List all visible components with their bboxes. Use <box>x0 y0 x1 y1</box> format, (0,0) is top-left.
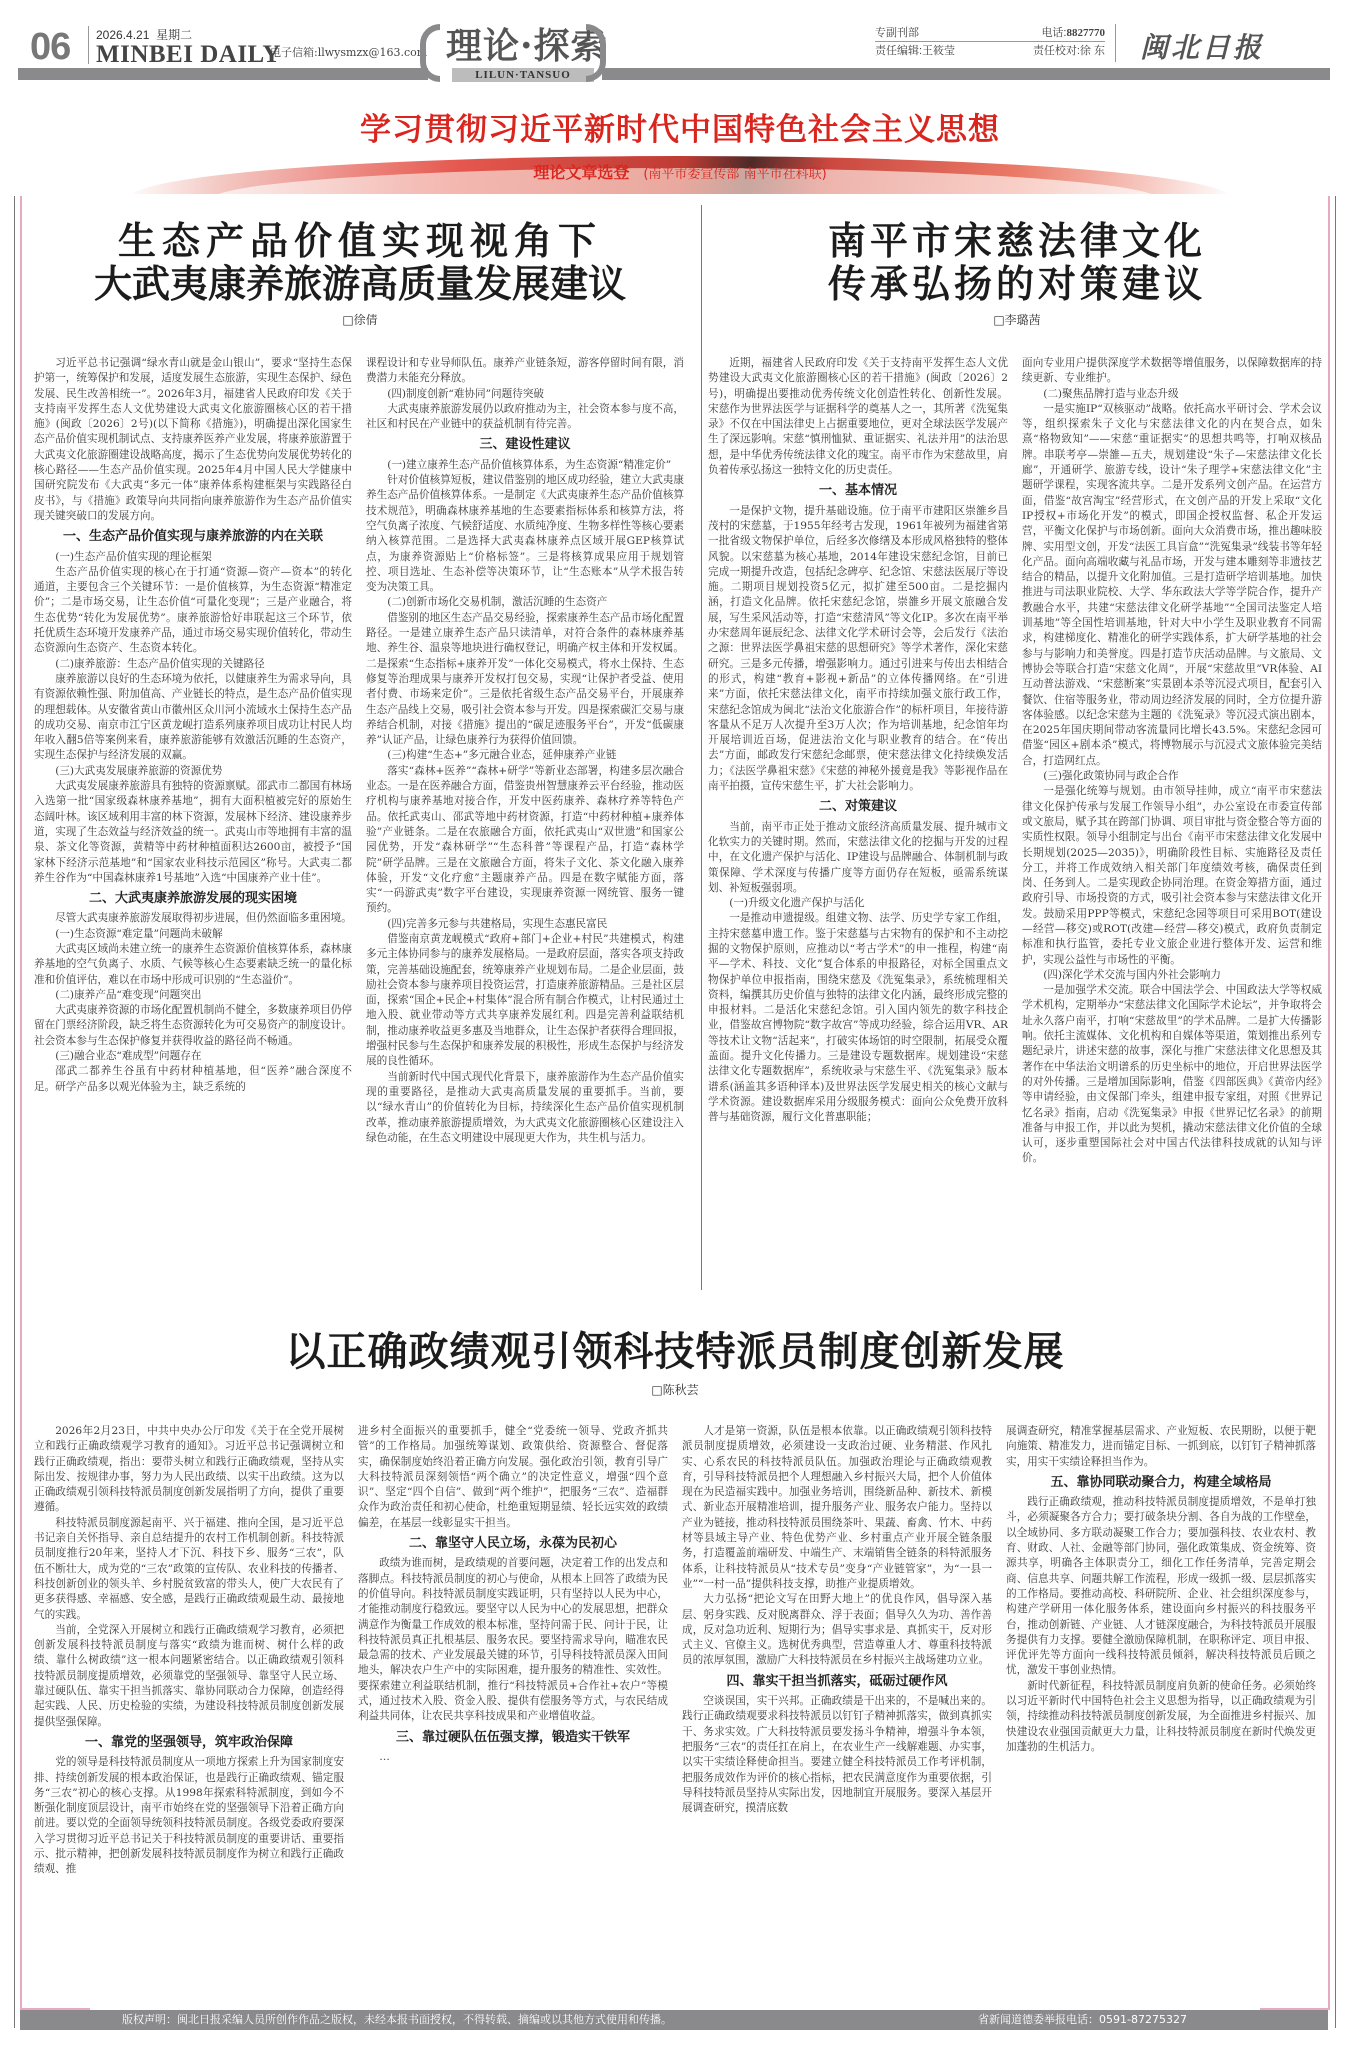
article-column: 展调查研究，精准掌握基层需求、产业短板、农民期盼，以便于靶向施策、精准发力，进而… <box>1006 1424 1316 2004</box>
section-heading: 一、基本情况 <box>708 483 1008 498</box>
article-column: 2026年2月23日，中共中央办公厅印发《关于在全党开展树立和践行正确政绩观学习… <box>34 1424 344 2004</box>
subsection-heading: (四)深化学术交流与国内外社会影响力 <box>1022 968 1322 983</box>
article-songci-law-body: 近期，福建省人民政府印发《关于支持南平发挥生态人文优势建设大武夷文化旅游圈核心区… <box>708 356 1322 1286</box>
article-title: 生态产品价值实现视角下 大武夷康养旅游高质量发展建议 <box>30 220 690 305</box>
section-heading: 三、建设性建议 <box>366 437 684 452</box>
footer-bar: 版权声明：闽北日报采编人员所创作作品之版权，未经本报书面授权，不得转载、摘编或以… <box>20 2010 1328 2030</box>
subsection-heading: (一)建立康养生态产品价值核算体系，为生态资源“精准定价” <box>366 458 684 473</box>
masthead-divider-2 <box>1115 24 1116 62</box>
paragraph: … <box>358 1750 668 1765</box>
paper-name-en: MINBEI DAILY <box>96 41 281 69</box>
weekday: 星期二 <box>156 28 192 42</box>
paragraph: 党的领导是科技特派员制度从一项地方探索上升为国家制度安排、持续创新发展的根本政治… <box>34 1755 344 1877</box>
article-column: 习近平总书记强调“绿水青山就是金山银山”，要求“坚持生态保护第一，统筹保护和发展… <box>34 356 352 1286</box>
paragraph: 践行正确政绩观，推动科技特派员制度提质增效，不是单打独斗，必须凝聚各方合力；要打… <box>1006 1495 1316 1679</box>
article-title: 以正确政绩观引领科技特派员制度创新发展 <box>30 1330 1320 1375</box>
masthead-bar-right <box>602 68 1330 80</box>
subsection-heading: (四)制度创新“难协同”问题待突破 <box>366 387 684 402</box>
subsection-heading: (四)完善多元参与共建格局，实现生态惠民富民 <box>366 917 684 932</box>
section-heading: 一、生态产品价值实现与康养旅游的内在关联 <box>34 529 352 544</box>
article-sci-tech-commissioner-body: 2026年2月23日，中共中央办公厅印发《关于在全党开展树立和践行正确政绩观学习… <box>34 1424 1318 2004</box>
paragraph: 习近平总书记强调“绿水青山就是金山银山”，要求“坚持生态保护第一，统筹保护和发展… <box>34 356 352 524</box>
banner-title: 学习贯彻习近平新时代中国特色社会主义思想 <box>130 104 1230 149</box>
section-heading: 二、靠坚守人民立场，永葆为民初心 <box>358 1536 668 1551</box>
article-sci-tech-commissioner: 以正确政绩观引领科技特派员制度创新发展 □陈秋芸 <box>30 1330 1320 1398</box>
page-number: 06 <box>30 26 70 69</box>
paragraph: 面向专业用户提供深度学术数据等增值服务，以保障数据库的持续更新、专业维护。 <box>1022 356 1322 387</box>
paragraph: 当前，南平市正处于推动文旅经济高质量发展、提升城市文化软实力的关键时期。然而，宋… <box>708 820 1008 896</box>
article-column: 人才是第一资源，队伍是根本依靠。以正确政绩观引领科技特派员制度提质增效，必须建设… <box>682 1424 992 2004</box>
paragraph: 大力弘扬“把论文写在田野大地上”的优良作风，倡导深入基层、躬身实践、反对脱离群众… <box>682 1592 992 1668</box>
article-byline: □李璐茜 <box>712 311 1322 328</box>
banner-subtitle-main: 理论文章选登 <box>533 163 629 182</box>
paragraph: 一是强化统筹与规划。由市领导挂帅，成立“南平市宋慈法律文化保护传承与发展工作领导… <box>1022 784 1322 968</box>
paragraph: 康养旅游以良好的生态环境为依托，以健康养生为需求导向，具有资源依赖性强、附加值高… <box>34 672 352 764</box>
paragraph: 借鉴南京黄龙岘模式“政府+部门+企业+村民”共建模式，构建多元主体协同参与的康养… <box>366 932 684 1070</box>
copyright-notice: 版权声明：闽北日报采编人员所创作作品之版权，未经本报书面授权，不得转载、摘编或以… <box>122 2010 672 2030</box>
editorial-info: 专副刊部 电话:8827770 责任编辑:王筱莹 责任校对:徐 东 <box>875 24 1105 60</box>
subsection-heading: (三)构建“生态+”多元融合业态，延伸康养产业链 <box>366 748 684 763</box>
paragraph: 大武夷康养资源的市场化配置机制尚不健全，多数康养项目仍停留在门票经济阶段，缺乏将… <box>34 1003 352 1049</box>
paragraph: 新时代新征程，科技特派员制度肩负新的使命任务。必须始终以习近平新时代中国特色社会… <box>1006 1679 1316 1755</box>
paragraph: 大武夷发展康养旅游具有独特的资源禀赋。邵武市二都国有林场入选第一批“国家级森林康… <box>34 779 352 886</box>
article-songci-law: 南平市宋慈法律文化 传承弘扬的对策建议 □李璐茜 <box>712 220 1322 328</box>
section-heading: 四、靠实干担当抓落实，砥砺过硬作风 <box>682 1674 992 1689</box>
paragraph: 一是实施IP“双核驱动”战略。依托高水平研讨会、学术会议等，组织探索朱子文化与宋… <box>1022 402 1322 769</box>
masthead: 06 2026.4.21 星期二 MINBEI DAILY 电子信箱:llwys… <box>0 0 1349 80</box>
section-heading: 三、靠过硬队伍伍强支撑，锻造实干铁军 <box>358 1730 668 1745</box>
subsection-heading: (三)大武夷发展康养旅游的资源优势 <box>34 764 352 779</box>
article-byline: □陈秋芸 <box>30 1381 1320 1398</box>
article-column: 课程设计和专业导师队伍。康养产业链条短，游客停留时间有限，消费潜力未能充分释放。… <box>366 356 684 1286</box>
article-divider <box>701 205 702 1290</box>
section-heading: 五、靠协同联动聚合力，构建全域格局 <box>1006 1475 1316 1490</box>
paragraph: 当前新时代中国式现代化背景下，康养旅游作为生态产品价值实现的重要路径，是推动大武… <box>366 1070 684 1146</box>
article-title: 南平市宋慈法律文化 传承弘扬的对策建议 <box>712 220 1322 305</box>
subsection-heading: (三)强化政策协同与政企合作 <box>1022 769 1322 784</box>
article-column: 进乡村全面振兴的重要抓手，健全“党委统一领导、党政齐抓共管”的工作格局。加强统筹… <box>358 1424 668 2004</box>
banner-subtitle-source: (南平市委宣传部 南平市社科联) <box>643 167 826 182</box>
article-eco-tourism: 生态产品价值实现视角下 大武夷康养旅游高质量发展建议 □徐倩 <box>30 220 690 328</box>
article-eco-tourism-body: 习近平总书记强调“绿水青山就是金山银山”，要求“坚持生态保护第一，统筹保护和发展… <box>34 356 684 1286</box>
paragraph: 针对价值核算短板，建议借鉴别的地区成功经验，建立大武夷康养生态产品价值核算体系。… <box>366 473 684 595</box>
subsection-heading: (二)康养产品“难变现”问题突出 <box>34 988 352 1003</box>
ethics-hotline: 省新闻道德委举报电话：0591-87275327 <box>978 2010 1187 2030</box>
section-heading: 一、靠党的坚强领导，筑牢政治保障 <box>34 1735 344 1750</box>
paragraph: 课程设计和专业导师队伍。康养产业链条短，游客停留时间有限，消费潜力未能充分释放。 <box>366 356 684 387</box>
date: 2026.4.21 <box>96 28 149 42</box>
section-heading: 二、大武夷康养旅游发展的现实困境 <box>34 891 352 906</box>
paragraph: 尽管大武夷康养旅游发展取得初步进展，但仍然面临多重困境。 <box>34 911 352 926</box>
contact-email: 电子信箱:llwysmzx@163.com <box>270 44 427 60</box>
paragraph: 一是保护文物，提升基础设施。位于南平市建阳区崇雒乡昌茂村的宋慈墓，于1955年经… <box>708 504 1008 795</box>
article-byline: □徐倩 <box>30 311 690 328</box>
article-column: 近期，福建省人民政府印发《关于支持南平发挥生态人文优势建设大武夷文化旅游圈核心区… <box>708 356 1008 1286</box>
paragraph: 一是加强学术交流。联合中国法学会、中国政法大学等权威学术机构，定期举办“宋慈法律… <box>1022 983 1322 1167</box>
pink-border-right <box>1328 196 1330 2010</box>
subsection-heading: (二)聚焦品牌打造与业态升级 <box>1022 387 1322 402</box>
subsection-heading: (三)融合业态“难成型”问题存在 <box>34 1049 352 1064</box>
paragraph: 人才是第一资源，队伍是根本依靠。以正确政绩观引领科技特派员制度提质增效，必须建设… <box>682 1424 992 1592</box>
bracket-left-icon <box>420 24 440 82</box>
paragraph: 大武夷康养旅游发展仍以政府推动为主，社会资本参与度不高，社区和村民在产业链中的获… <box>366 402 684 433</box>
paragraph: 展调查研究，精准掌握基层需求、产业短板、农民期盼，以便于靶向施策、精准发力，进而… <box>1006 1424 1316 1470</box>
paragraph: 科技特派员制度源起南平、兴于福建、推向全国，是习近平总书记亲自关怀指导、亲自总结… <box>34 1516 344 1623</box>
subsection-heading: (一)升级文化遗产保护与活化 <box>708 896 1008 911</box>
proofreader: 责任校对:徐 东 <box>1033 42 1105 60</box>
theme-banner: 学习贯彻习近平新时代中国特色社会主义思想 理论文章选登(南平市委宣传部 南平市社… <box>130 98 1230 194</box>
section-title: 理论·探索 <box>446 18 608 69</box>
subsection-heading: (二)创新市场化交易机制，激活沉睡的生态资产 <box>366 595 684 610</box>
paragraph: 邵武二都养生谷虽有中药材种植基地，但“医养”融合深度不足。研学产品多以观光体验为… <box>34 1064 352 1095</box>
paragraph: 一是推动申遗提级。组建文物、法学、历史学专家工作组，主持宋慈墓申遗工作。鉴于宋慈… <box>708 911 1008 1125</box>
editor: 责任编辑:王筱莹 <box>875 42 955 60</box>
article-column: 面向专业用户提供深度学术数据等增值服务，以保障数据库的持续更新、专业维护。(二)… <box>1022 356 1322 1286</box>
section-heading: 二、对策建议 <box>708 799 1008 814</box>
paragraph: 2026年2月23日，中共中央办公厅印发《关于在全党开展树立和践行正确政绩观学习… <box>34 1424 344 1516</box>
paragraph: 进乡村全面振兴的重要抓手，健全“党委统一领导、党政齐抓共管”的工作格局。加强统筹… <box>358 1424 668 1531</box>
paragraph: 近期，福建省人民政府印发《关于支持南平发挥生态人文优势建设大武夷文化旅游圈核心区… <box>708 356 1008 478</box>
pink-border-left <box>20 196 22 2010</box>
paragraph: 空谈误国，实干兴邦。正确政绩是干出来的，不是喊出来的。践行正确政绩观要求科技特派… <box>682 1694 992 1816</box>
masthead-bar-left <box>18 68 428 80</box>
newspaper-logo: 闽北日报 <box>1140 26 1264 66</box>
banner-subtitle: 理论文章选登(南平市委宣传部 南平市社科联) <box>130 160 1230 183</box>
subsection-heading: (一)生态资源“难定量”问题尚未破解 <box>34 927 352 942</box>
section-pinyin: LILUN·TANSUO <box>452 68 594 82</box>
paragraph: 政绩为谁而树，是政绩观的首要问题，决定着工作的出发点和落脚点。科技特派员制度的初… <box>358 1556 668 1724</box>
paragraph: 借鉴别的地区生态产品交易经验，探索康养生态产品市场化配置路径。一是建立康养生态产… <box>366 611 684 749</box>
masthead-divider <box>88 26 89 64</box>
paragraph: 当前，全党深入开展树立和践行正确政绩观学习教育，必须把创新发展科技特派员制度与落… <box>34 1623 344 1730</box>
department: 专副刊部 <box>875 24 919 41</box>
paragraph: 生态产品价值实现的核心在于打通“资源—资产—资本”的转化通道，主要包含三个关键环… <box>34 565 352 657</box>
subsection-heading: (二)康养旅游：生态产品价值实现的关键路径 <box>34 657 352 672</box>
phone: 电话:8827770 <box>1041 24 1105 41</box>
subsection-heading: (一)生态产品价值实现的理论框架 <box>34 550 352 565</box>
paragraph: 大武夷区域尚未建立统一的康养生态资源价值核算体系，森林康养基地的空气负离子、水质… <box>34 942 352 988</box>
paragraph: 落实“森林+医养”“森林+研学”等新业态部署，构建多层次融合业态。一是在医养融合… <box>366 764 684 917</box>
